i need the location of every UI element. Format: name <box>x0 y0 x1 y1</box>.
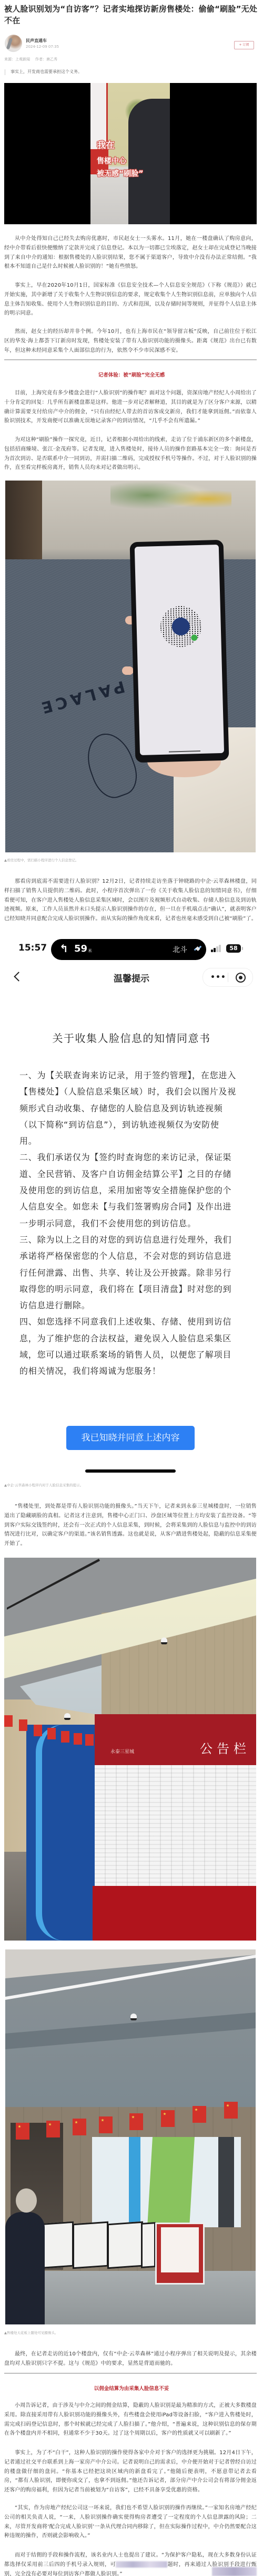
tablet-screen <box>135 545 224 755</box>
consent-document-title: 关于收集人脸信息的知情同意书 <box>0 1030 263 1045</box>
flag <box>47 1728 56 1739</box>
consent-item-1: 一、为【关联查询来访记录，用于签约管理】，在您进入【售楼处】（人脸信息采集区域）… <box>19 1067 236 1149</box>
blurred-overlay <box>116 2561 167 2568</box>
dome-camera-icon <box>161 1638 167 1644</box>
red-poster <box>155 2223 205 2285</box>
tablet-device <box>130 540 229 763</box>
satellite-icon <box>194 945 201 953</box>
tablet-home-bar <box>169 750 200 753</box>
article-summary: 事实上，开发商也需要承担这个义务。 <box>11 69 82 75</box>
paragraph-5: 为对这种“刷脸”操作一探究竟，近日，记者根据小周给出的线索，走访了位于浦东新区的… <box>4 435 257 473</box>
battery-tip <box>242 947 243 950</box>
flag <box>193 2106 206 2123</box>
dome-camera-icon <box>64 1713 70 1720</box>
site-plan-screen <box>92 2137 241 2227</box>
project-brand-label: 永泰三星城 <box>110 1748 134 1755</box>
image-caption-3: ▲售楼处天花板上随处可见摄像头。 <box>4 2330 58 2335</box>
battery-icon: 58 <box>226 944 241 953</box>
paragraph-6: 那看房到底需不需要进行人脸识别？12月2日，记者持续走访坐落于钟晓路的中企·云萃… <box>4 877 257 924</box>
section-divider <box>4 2373 257 2374</box>
visitor-head <box>16 2188 37 2213</box>
consent-item-3: 三、除为以上之目的对您的到访信息进行处理外，我们承诺将严格保密您的个人信息，不会… <box>19 1232 236 1313</box>
display-stand <box>107 2222 143 2269</box>
video-frame: 我在 售楼中心 被无感“刷脸” <box>90 83 170 224</box>
capsule-divider <box>228 973 228 982</box>
author-name[interactable]: 民声直通车 <box>26 38 47 44</box>
flag <box>85 1734 94 1746</box>
consent-item-2: 二、我们承诺仅为【签约时查询您的来访记录，保证渠道、全民营销、及客户自访佣金结算… <box>19 1149 236 1231</box>
site-plan-green <box>142 2137 195 2227</box>
mini-program-capsule: ••• <box>203 968 253 987</box>
display-stand <box>73 2222 108 2269</box>
section-heading-1: 记者体验：被“刷脸”完全无感 <box>0 371 263 378</box>
author-avatar[interactable] <box>5 35 22 52</box>
flag <box>61 1731 69 1743</box>
flag <box>46 2121 60 2137</box>
close-target-icon <box>236 973 246 983</box>
source-label: 来源：上观新闻 <box>4 57 30 61</box>
paragraph-10: 事实上，为了不“白干”，这种人脸识别的操作使得各家中介对于客户的选择更为挑剔。1… <box>4 2448 257 2495</box>
agree-button: 我已知晓并同意上述内容 <box>66 1426 195 1450</box>
paragraph-7: “售楼处里，到处都是带有人脸识别功能的摄像头。”当天下午，记者来到永泰三星城楼盘… <box>4 1502 257 1549</box>
video-overlay-line-2: 售楼中心 <box>97 155 126 166</box>
blurred-overlay <box>212 2567 257 2576</box>
video-overlay-line-3: 被无感“刷脸” <box>97 168 143 179</box>
flag <box>129 2113 143 2130</box>
notice-board-base <box>93 1886 256 1941</box>
navigation-island: ↰ 59 米 北斗 <box>51 939 206 960</box>
paragraph-4: 目前，上海究竟有多少楼盘会进行“人脸识别”的操作呢？面对这个问题，资深房地产经纪… <box>4 389 257 426</box>
video-person-coat <box>128 99 170 224</box>
nav-distance-unit: 米 <box>88 948 92 954</box>
paragraph-3: 然而，赵女士的经历却并非个例。今年10月，也有上海市民在“领导留言板”反映，自己… <box>4 327 257 355</box>
paragraph-11: “其实，作为房地产经纪公司这一环来说，我们也不希望人脸识别的操作再继续。”一家知… <box>4 2504 257 2541</box>
section-heading-2: 以佣金结算为由采集人脸信息不妥 <box>0 2384 263 2392</box>
byline: 作者：唐乙秀 <box>35 57 57 61</box>
video-overlay-line-1: 我在 <box>97 138 115 151</box>
paragraph-1: 从中介处得知自己已经失去购房优惠时，市民赵女士一头雾水。11月，她在一楼盘确认了… <box>4 234 257 272</box>
article-title: 被人脸识别划为“自访客”？记者实地探访新房售楼处：偷偷“刷脸”无处不在 <box>4 3 260 26</box>
site-plan-canal <box>129 2137 140 2227</box>
more-icon: ••• <box>210 973 226 982</box>
status-time: 15:57 <box>18 943 47 953</box>
notice-board-label: 公告栏 <box>200 1738 250 1757</box>
nav-distance: 59 <box>74 943 87 954</box>
flag <box>224 2102 238 2119</box>
consent-screenshot: 15:57 ↰ 59 米 北斗 58 温馨提示 ••• 关于收集人脸信息的知情同… <box>0 937 263 1478</box>
summary-bar <box>5 69 5 75</box>
dome-camera-icon <box>130 2014 137 2020</box>
flag <box>16 2123 29 2140</box>
signal-icon <box>211 945 222 952</box>
finger <box>122 666 134 675</box>
section-divider <box>4 359 257 360</box>
flag <box>34 1725 42 1736</box>
paragraph-8: 最终，在记者走访的近10个楼盘内，仅有“中企·云萃森林”通过小程序弹出了相关说明… <box>4 2350 257 2369</box>
nav-source-label: 北斗 <box>173 944 187 955</box>
visitor <box>5 2212 45 2324</box>
image-caption-2: ▲中企·云萃森林小程序内对于人脸信息采集的提示。 <box>4 1483 83 1487</box>
site-plan-road <box>218 2137 234 2227</box>
photo-sales-office-notice-board: 永泰三星城 公告栏 <box>4 1558 256 1941</box>
source-line: 来源：上观新闻作者：唐乙秀 <box>4 57 63 62</box>
consent-document-body: 一、为【关联查询来访记录，用于签约管理】，在您进入【售楼处】（人脸信息采集区域）… <box>19 1067 236 1380</box>
video-player[interactable]: 我在 售楼中心 被无感“刷脸” <box>4 83 257 224</box>
consent-item-4: 四、如您选择不同意我们上述收集、存储、使用到访信息，为了维护您的合法权益，避免误… <box>19 1313 236 1379</box>
flag <box>19 1719 27 1731</box>
wechat-badge-icon <box>191 634 197 641</box>
photo-ceiling-cameras <box>5 1949 256 2324</box>
paragraph-2: 事实上，早在2020年10月1日，国家标准《信息安全技术—个人信息安全规范》（下… <box>4 281 257 318</box>
flag <box>4 1715 13 1727</box>
paragraph-9: 小周告诉记者，由于涉及与中介之间的佣金结算，隐蔽的人脸识别是最为精准的方式，正被… <box>4 2401 257 2438</box>
table-flowers <box>110 481 231 517</box>
map-river <box>36 1725 63 1941</box>
publish-date: 2024-12-09 07:35 <box>26 45 59 49</box>
home-indicator <box>85 1469 176 1473</box>
turn-arrow-icon: ↰ <box>59 942 68 955</box>
flag <box>99 2116 113 2133</box>
flag <box>161 2110 175 2127</box>
flag <box>73 2119 86 2135</box>
image-caption-1: ▲看房过程中，需扫描小程序进行个人信息登记。 <box>4 858 79 862</box>
subscribe-button[interactable]: + 订阅 <box>234 41 254 49</box>
posted-notices <box>95 1765 256 1891</box>
avatar-figure <box>6 38 13 50</box>
photo-tablet-qr-code: PALACE <box>5 481 256 852</box>
display-stand <box>141 2222 156 2268</box>
flag <box>74 1733 82 1745</box>
